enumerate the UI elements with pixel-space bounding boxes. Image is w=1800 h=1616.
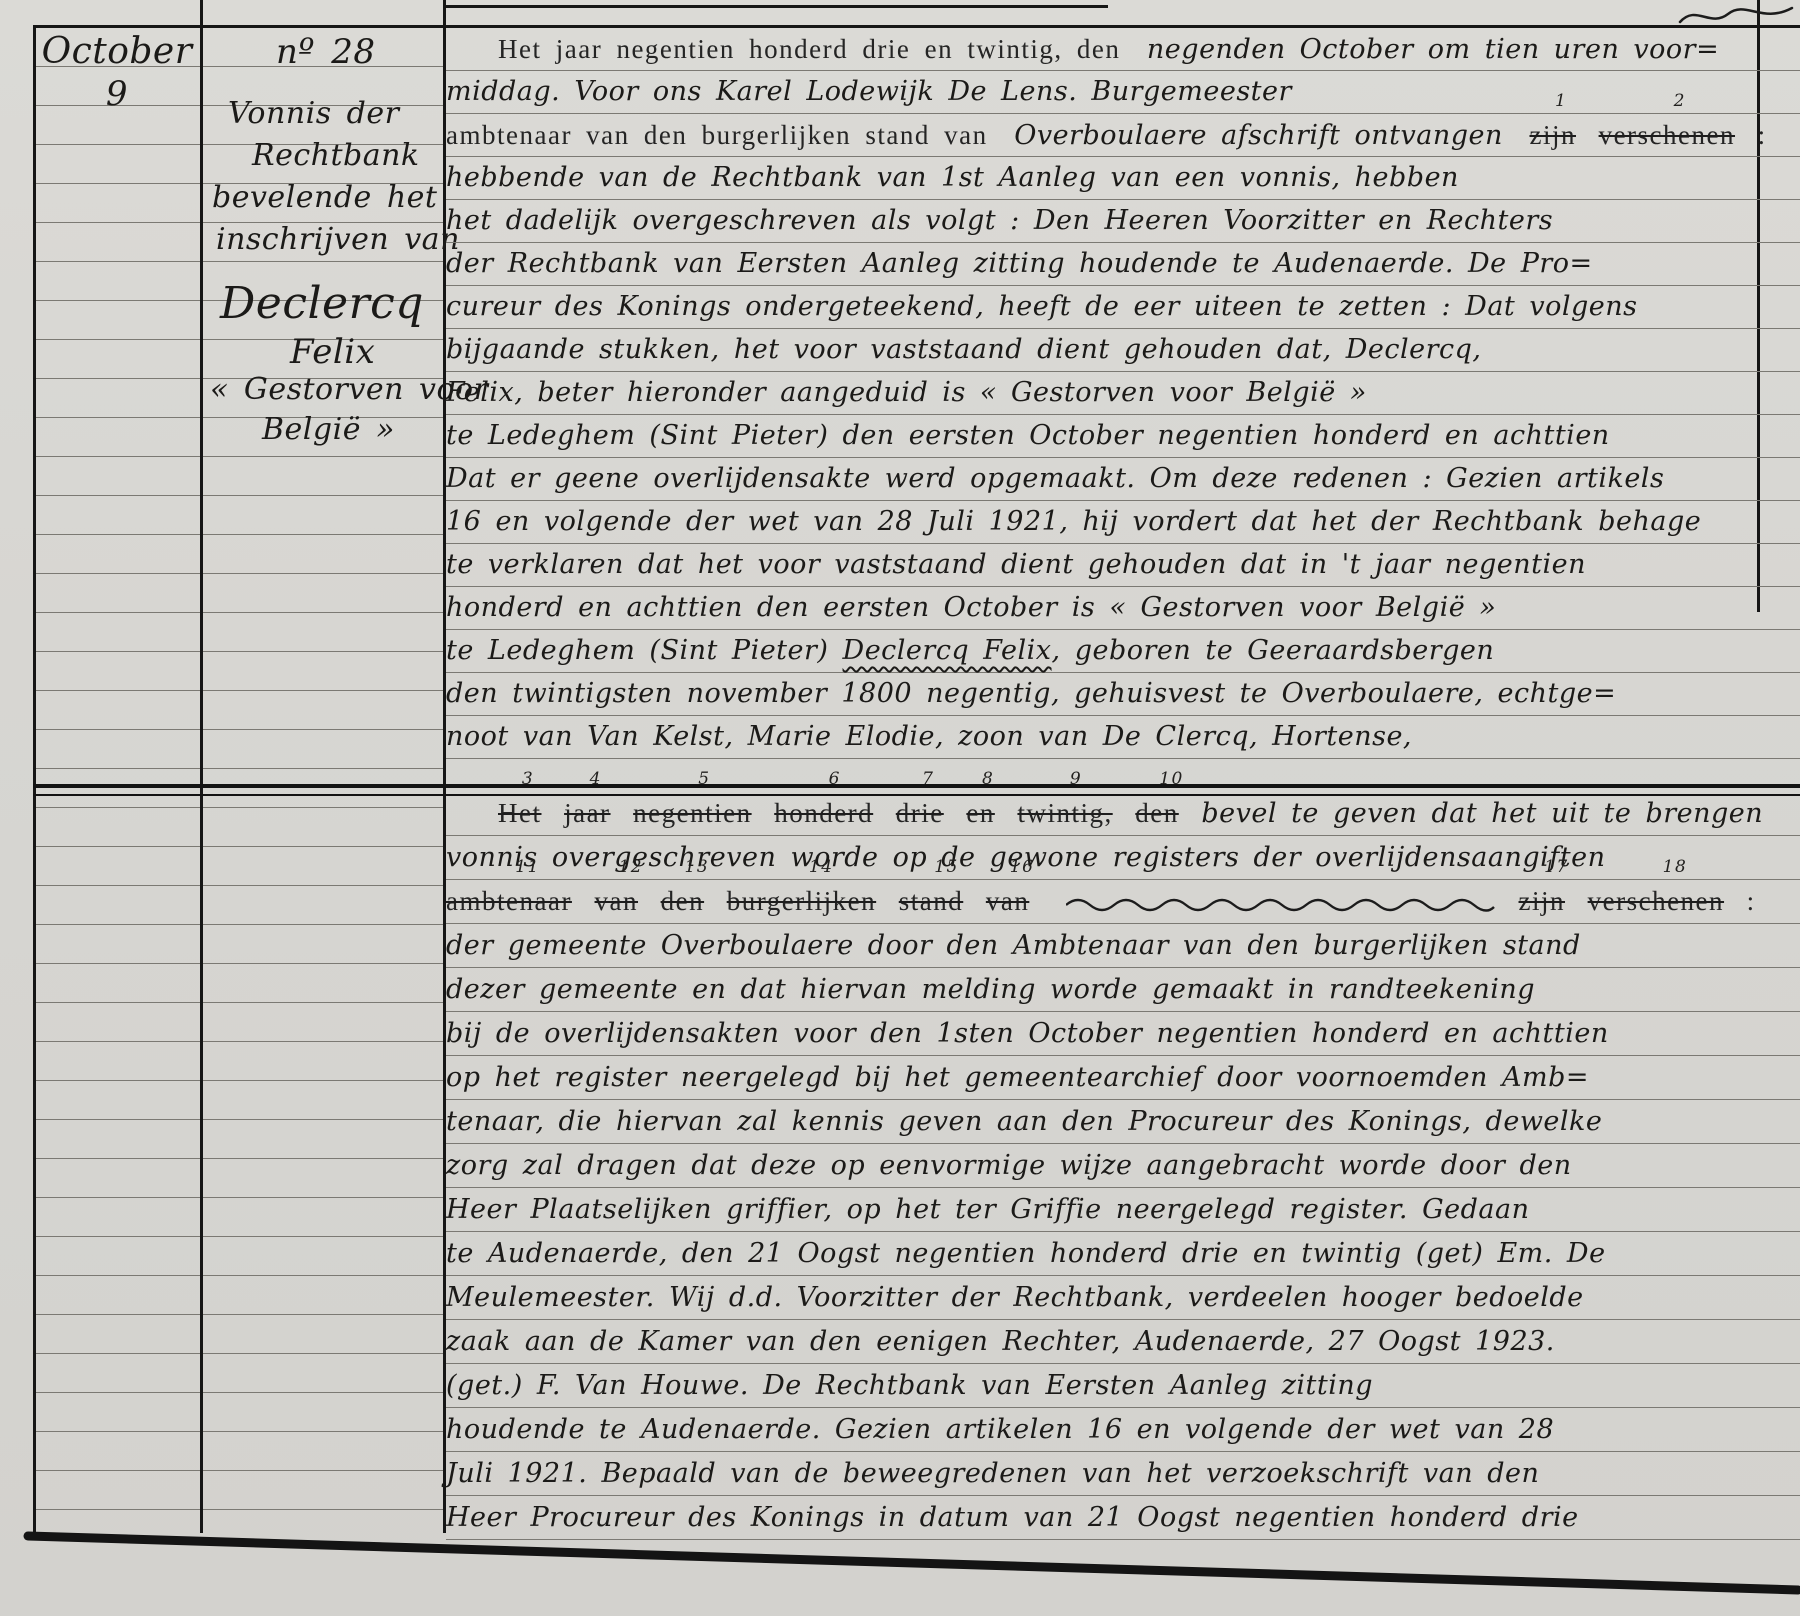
struck-word: honderd6	[774, 792, 873, 835]
reference-number: 18	[1663, 859, 1688, 876]
margin-note-line: inschrijven van	[216, 222, 460, 257]
text-line: het dadelijk overgeschreven als volgt : …	[446, 200, 1800, 243]
month-label: October	[36, 30, 198, 74]
handwritten-text: Overboulaere afschrift ontvangen	[1014, 120, 1503, 151]
text-line: honderd en achttien den eersten October …	[446, 587, 1800, 630]
block-separator	[33, 784, 1800, 796]
struck-word: twintig,9	[1017, 792, 1112, 835]
struck-word: drie7	[896, 792, 944, 835]
reference-number: 11	[515, 859, 540, 876]
margin-note-line: Felix	[290, 332, 375, 372]
reference-number: 15	[934, 859, 959, 876]
text-line: op het register neergelegd bij het gemee…	[446, 1056, 1800, 1100]
struck-word: zijn 1	[1529, 114, 1576, 156]
reference-number: 14	[809, 859, 834, 876]
text-line: dezer gemeente en dat hiervan melding wo…	[446, 968, 1800, 1012]
pen-flourish-icon	[1678, 2, 1796, 30]
top-remnant-line	[446, 5, 1108, 8]
margin-note-line: bevelende het	[212, 180, 437, 215]
text-line: ambtenaar van den burgerlijken stand van…	[446, 114, 1800, 157]
text-line: tenaar, die hiervan zal kennis geven aan…	[446, 1100, 1800, 1144]
reference-number: 12	[618, 859, 643, 876]
text-line: bij de overlijdensakten voor den 1sten O…	[446, 1012, 1800, 1056]
struck-intro: Het3 jaar4 negentien5 honderd6 drie7 en8…	[446, 798, 1201, 829]
left-border	[33, 25, 36, 1533]
text-line: te Ledeghem (Sint Pieter) Declercq Felix…	[446, 630, 1800, 673]
text-line: te Ledeghem (Sint Pieter) den eersten Oc…	[446, 415, 1800, 458]
margin-note-line: Declercq	[220, 278, 424, 329]
text-line: te verklaren dat het voor vaststaand die…	[446, 544, 1800, 587]
text-line: der gemeente Overboulaere door den Ambte…	[446, 924, 1800, 968]
register-page: October 9 nº 28 Vonnis der Rechtbank bev…	[0, 0, 1800, 1616]
handwritten-text: bevel te geven dat het uit te brengen	[1201, 798, 1763, 829]
date-cell: October 9	[36, 30, 198, 114]
struck-word: en8	[966, 792, 994, 835]
text-line: te Audenaerde, den 21 Oogst negentien ho…	[446, 1232, 1800, 1276]
text-line: ambtenaar11 van12 den13 burgerlijken14 s…	[446, 880, 1800, 924]
struck-word: verschenen18	[1588, 880, 1724, 923]
text-line: der Rechtbank van Eersten Aanleg zitting…	[446, 243, 1800, 286]
text-line: den twintigsten november 1800 negentig, …	[446, 673, 1800, 716]
struck-word: stand15	[899, 880, 964, 923]
text-line: zaak aan de Kamer van den eenigen Rechte…	[446, 1320, 1800, 1364]
text-line: Dat er geene overlijdensakte werd opgema…	[446, 458, 1800, 501]
struck-word: jaar4	[564, 792, 610, 835]
act-block-2: Het3 jaar4 negentien5 honderd6 drie7 en8…	[446, 792, 1800, 1540]
printed-text: :	[1758, 120, 1767, 150]
reference-number: 17	[1544, 859, 1569, 876]
struck-word: den10	[1135, 792, 1178, 835]
text-line: houdende te Audenaerde. Gezien artikelen…	[446, 1408, 1800, 1452]
text-line: Het jaar negentien honderd drie en twint…	[446, 28, 1800, 71]
text-line: middag. Voor ons Karel Lodewijk De Lens.…	[446, 71, 1800, 114]
text-line: cureur des Konings ondergeteekend, heeft…	[446, 286, 1800, 329]
date-margin-divider	[200, 0, 203, 1533]
day-label: 9	[36, 74, 198, 114]
date-column	[36, 28, 200, 1533]
printed-text: Het jaar negentien honderd drie en twint…	[446, 34, 1120, 64]
act-block-1: Het jaar negentien honderd drie en twint…	[446, 28, 1800, 801]
act-number: nº 28	[276, 32, 375, 72]
printed-text: :	[1747, 886, 1756, 916]
text-line: 16 en volgende der wet van 28 Juli 1921,…	[446, 501, 1800, 544]
margin-note-line: Vonnis der	[228, 96, 399, 131]
margin-note-line: België »	[262, 412, 395, 447]
struck-word: ambtenaar11	[446, 880, 572, 923]
struck-word: burgerlijken14	[727, 880, 876, 923]
reference-number: 1	[1555, 93, 1567, 110]
underlined-name: Declercq Felix	[843, 635, 1052, 666]
struck-word: den13	[661, 880, 704, 923]
margin-note-line: Rechtbank	[252, 138, 420, 173]
handwritten-text: te Ledeghem (Sint Pieter)	[446, 635, 843, 666]
bottom-border-curve	[0, 1524, 1800, 1616]
text-line: Felix, beter hieronder aangeduid is « Ge…	[446, 372, 1800, 415]
text-line: hebbende van de Rechtbank van 1st Aanleg…	[446, 157, 1800, 200]
struck-word: van16	[986, 880, 1029, 923]
struck-word: negentien5	[633, 792, 751, 835]
text-line: vonnis overgeschreven worde op de gewone…	[446, 836, 1800, 880]
handwritten-text: , geboren te Geeraardsbergen	[1052, 635, 1495, 666]
reference-number: 13	[685, 859, 710, 876]
text-line: Heer Plaatselijken griffier, op het ter …	[446, 1188, 1800, 1232]
printed-text: ambtenaar van den burgerlijken stand van	[446, 120, 988, 150]
text-line: zorg zal dragen dat deze op eenvormige w…	[446, 1144, 1800, 1188]
text-line: Juli 1921. Bepaald van de beweegredenen …	[446, 1452, 1800, 1496]
text-line: bijgaande stukken, het voor vaststaand d…	[446, 329, 1800, 372]
text-line: noot van Van Kelst, Marie Elodie, zoon v…	[446, 716, 1800, 759]
text-line: Meulemeester. Wij d.d. Voorzitter der Re…	[446, 1276, 1800, 1320]
text-line: Het3 jaar4 negentien5 honderd6 drie7 en8…	[446, 792, 1800, 836]
reference-number: 16	[1010, 859, 1035, 876]
handwritten-text: negenden October om tien uren voor=	[1147, 34, 1719, 65]
struck-word: zijn17	[1519, 880, 1566, 923]
text-line: (get.) F. Van Houwe. De Rechtbank van Ee…	[446, 1364, 1800, 1408]
reference-number: 2	[1674, 93, 1686, 110]
struck-word: van12	[595, 880, 638, 923]
struck-word: Het3	[498, 792, 541, 835]
struck-word: verschenen 2	[1599, 114, 1735, 156]
filler-squiggle	[1066, 894, 1496, 912]
